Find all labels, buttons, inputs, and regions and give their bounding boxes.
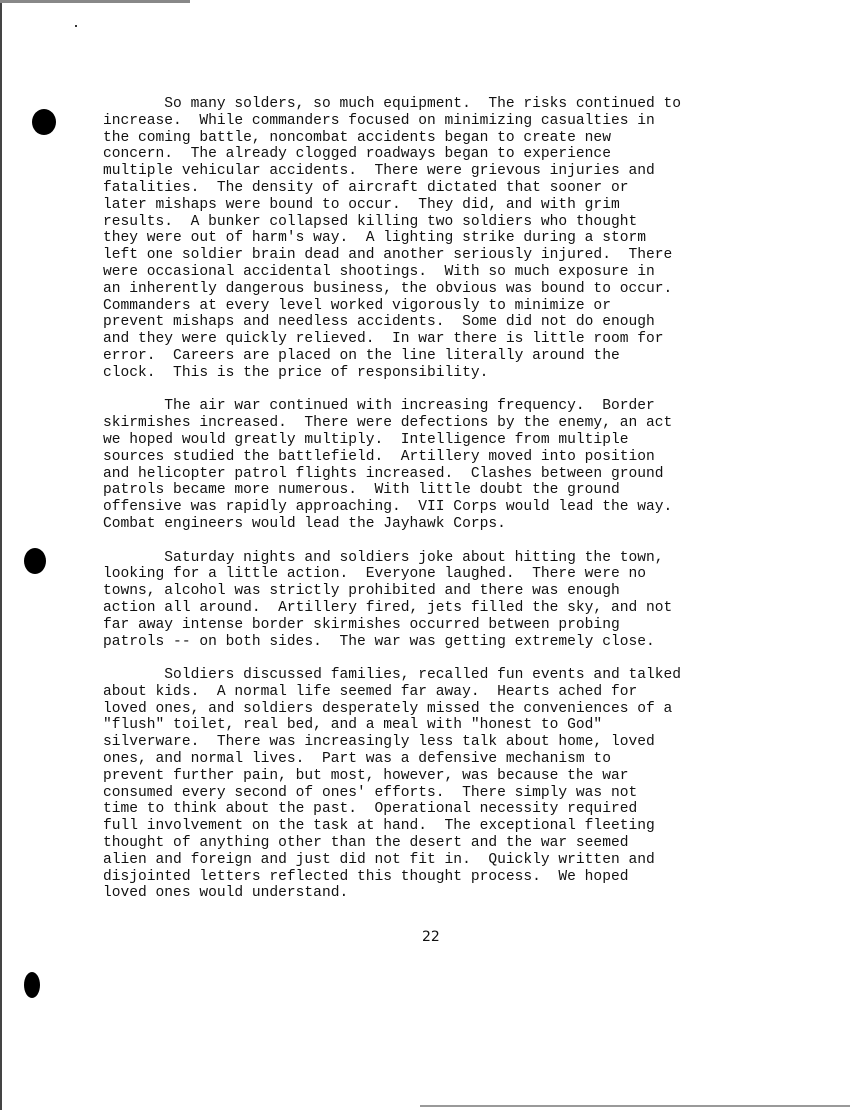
binder-hole-icon xyxy=(24,972,40,998)
document-body: So many solders, so much equipment. The … xyxy=(103,96,783,919)
paragraph-air-war: The air war continued with increasing fr… xyxy=(103,398,783,532)
paragraph-saturday-nights: Saturday nights and soldiers joke about … xyxy=(103,550,783,651)
page-number: 22 xyxy=(422,929,440,945)
paragraph-families: Soldiers discussed families, recalled fu… xyxy=(103,667,783,902)
scan-speck xyxy=(75,25,77,27)
scan-edge-left xyxy=(0,0,2,1110)
scan-edge-bottom xyxy=(420,1105,850,1107)
scan-edge-top xyxy=(0,0,190,3)
paragraph-accidents: So many solders, so much equipment. The … xyxy=(103,96,783,382)
binder-hole-icon xyxy=(24,548,46,574)
binder-hole-icon xyxy=(32,109,56,135)
